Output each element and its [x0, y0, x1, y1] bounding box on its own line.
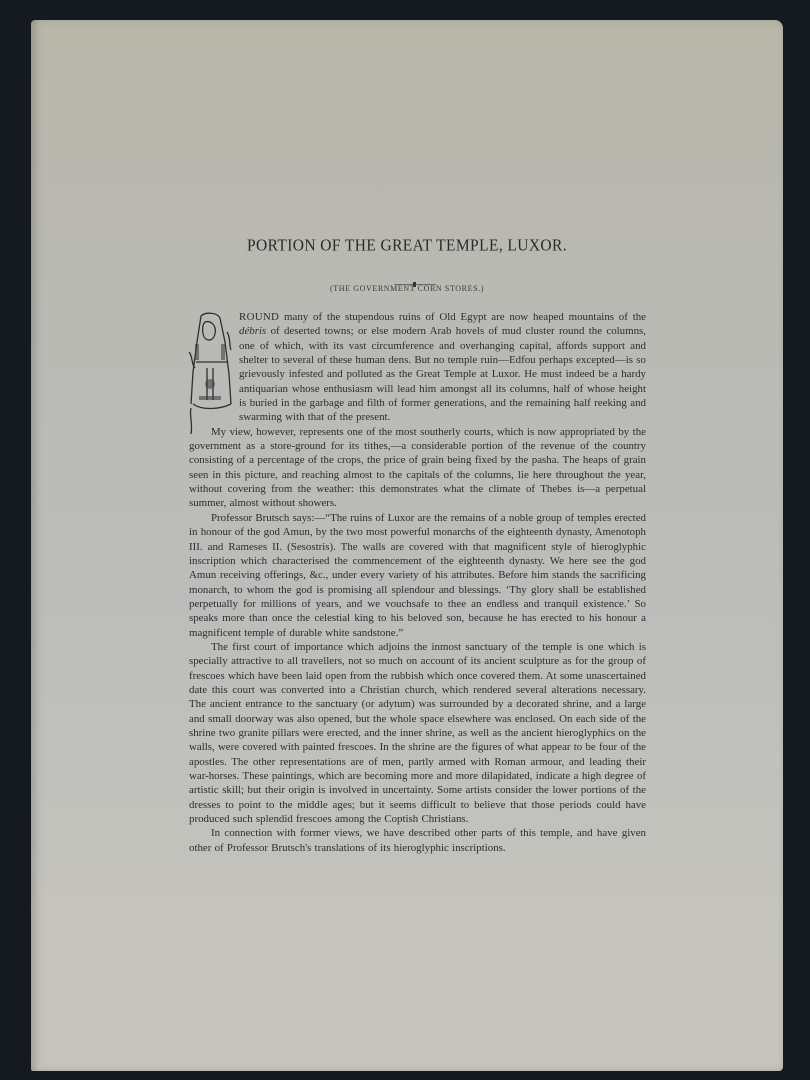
lead-caps: ROUND	[239, 311, 279, 323]
paragraph-1: ROUND many of the stupendous ruins of Ol…	[189, 310, 646, 425]
paragraph-3: Professor Brutsch says:—“The ruins of Lu…	[189, 511, 646, 640]
decorated-initial-a-icon	[187, 312, 233, 416]
italic-word: débris	[239, 325, 266, 337]
text-span: many of the stupendous ruins of Old Egyp…	[279, 311, 646, 323]
divider-ornament	[413, 282, 416, 287]
page-subtitle: (THE GOVERNMENT CORN STORES.)	[31, 284, 783, 293]
paragraph-4: The first court of importance which adjo…	[189, 640, 646, 826]
page-title: PORTION OF THE GREAT TEMPLE, LUXOR.	[31, 236, 783, 256]
article-body: ROUND many of the stupendous ruins of Ol…	[189, 310, 646, 855]
paragraph-5: In connection with former views, we have…	[189, 826, 646, 855]
text-span: of deserted towns; or else modern Arab h…	[239, 325, 646, 423]
document-page: PORTION OF THE GREAT TEMPLE, LUXOR. (THE…	[31, 20, 783, 1071]
paragraph-2: My view, however, represents one of the …	[189, 425, 646, 511]
